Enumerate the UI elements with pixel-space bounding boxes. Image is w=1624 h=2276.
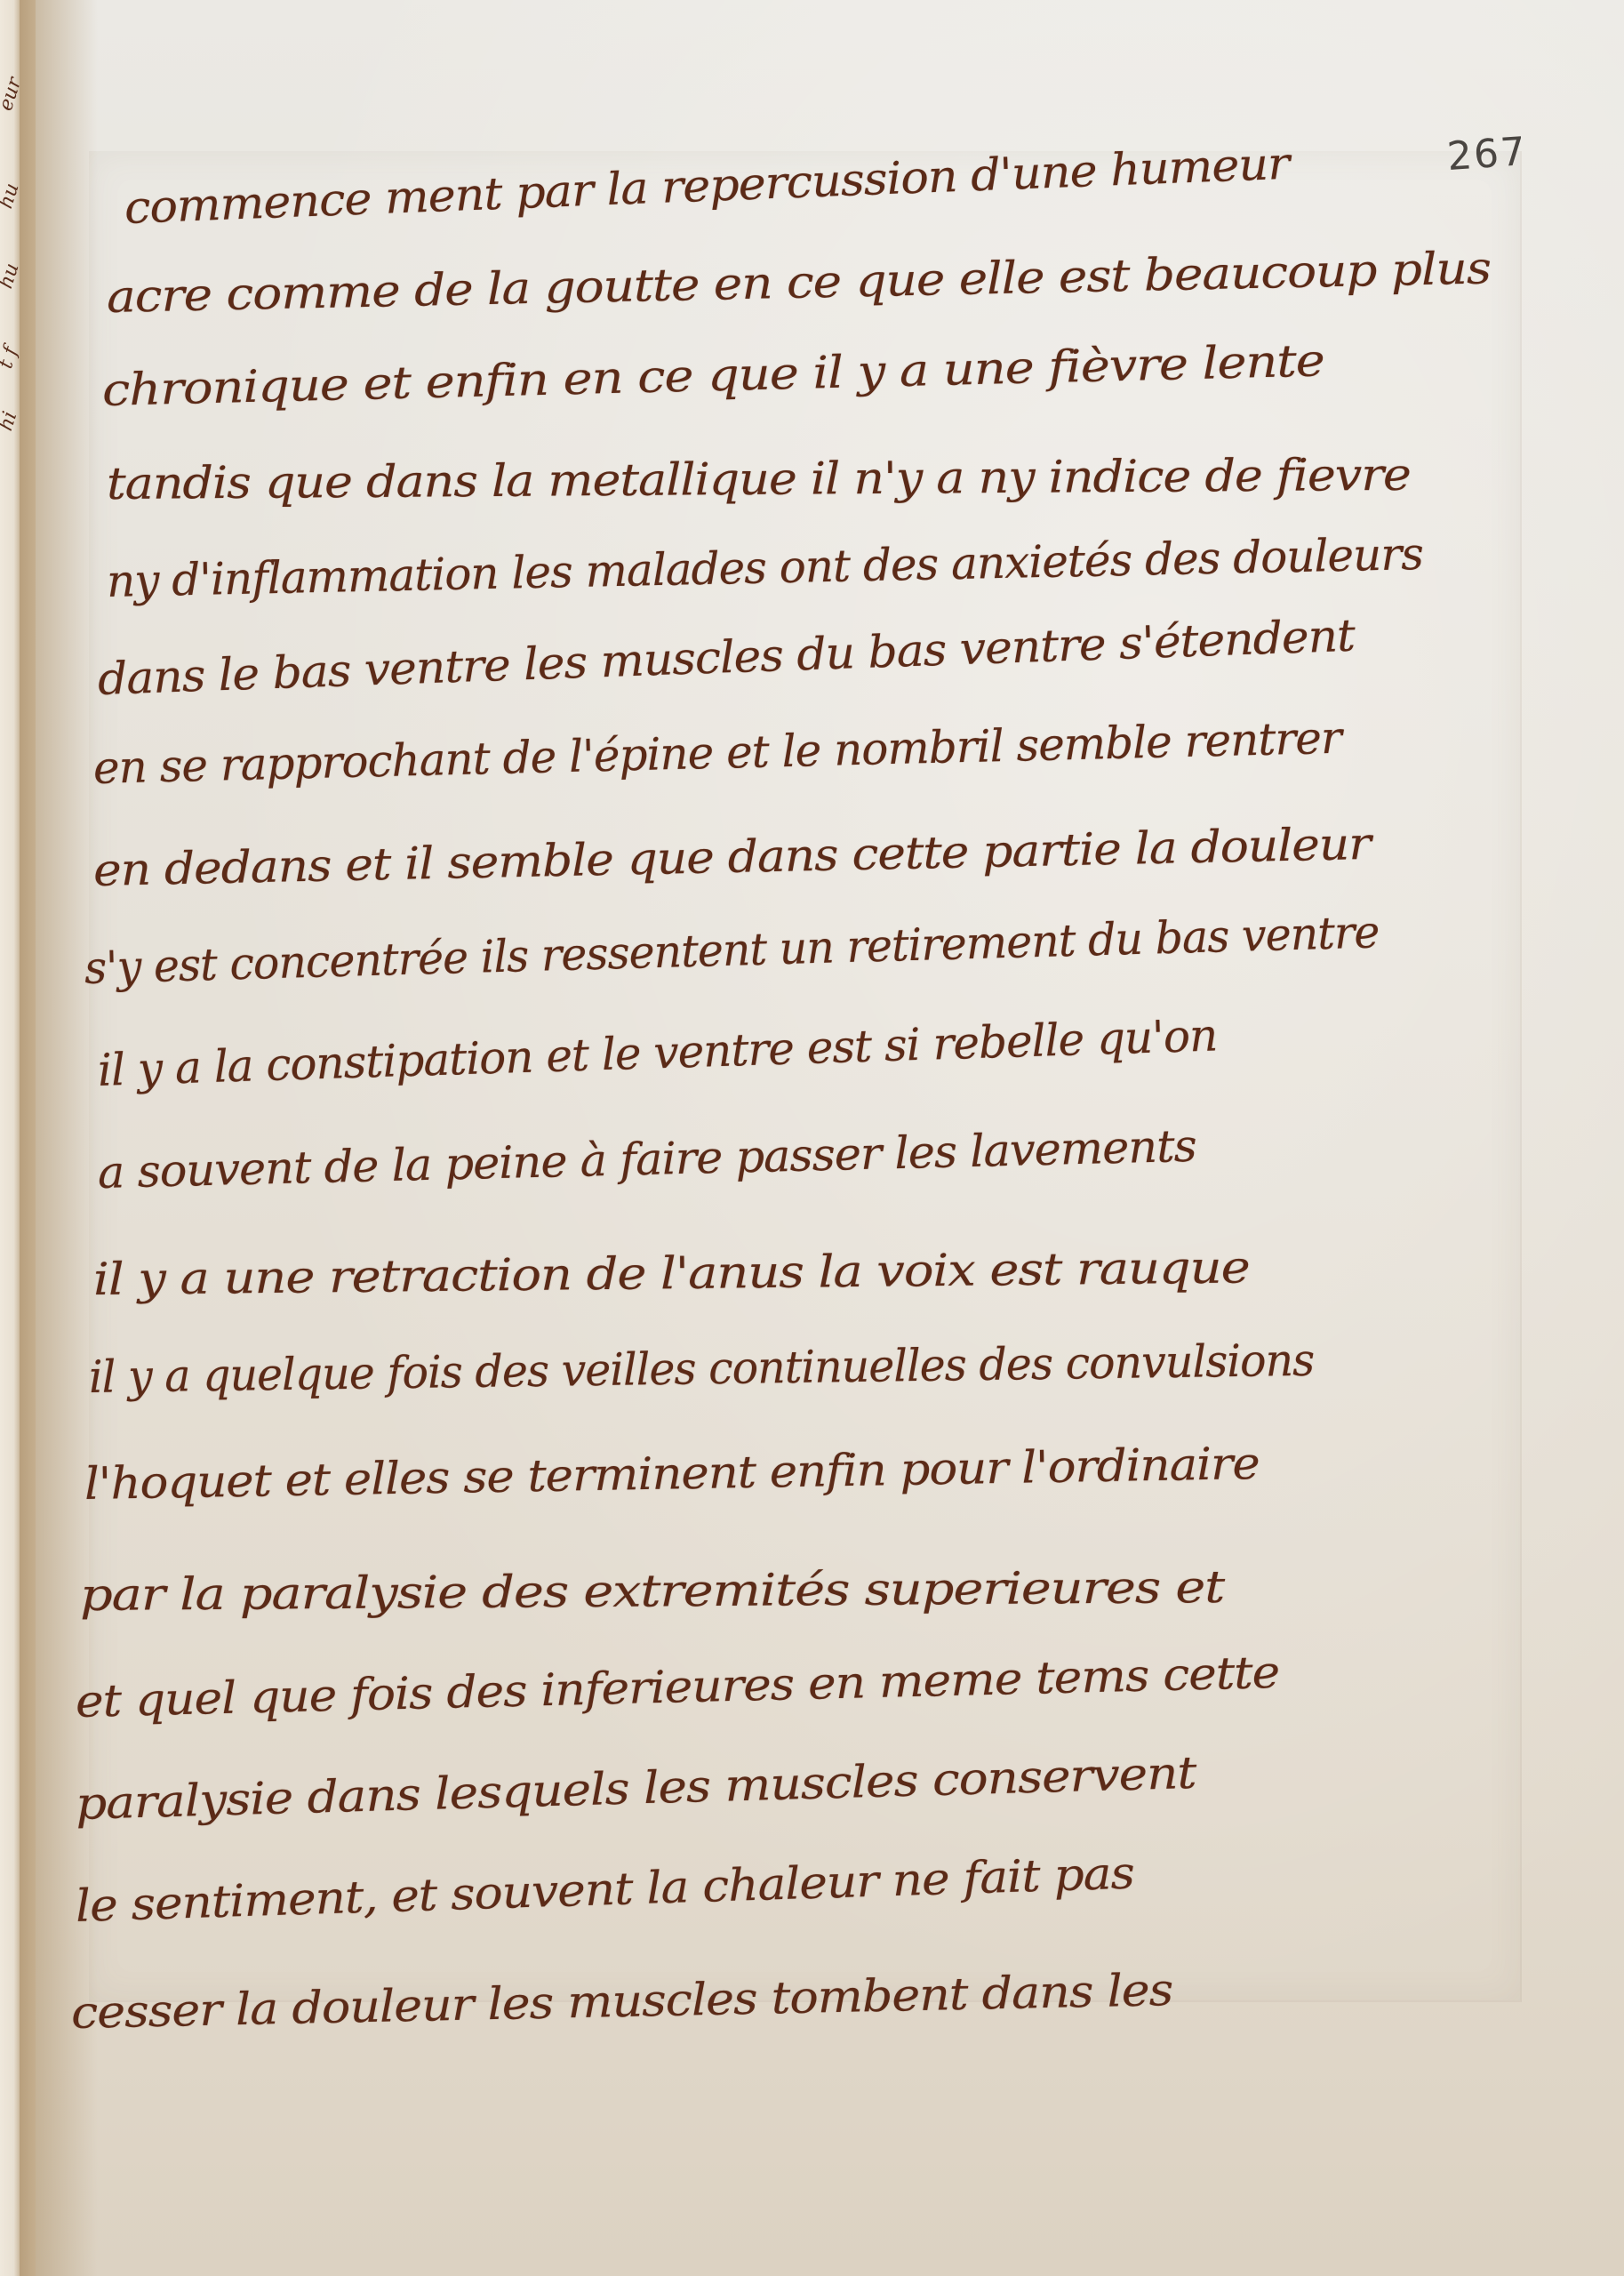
manuscript-line: par la paralysie des extremités superieu… (80, 1561, 1224, 1621)
facing-page-fragment: t f (0, 341, 20, 371)
facing-page-fragment: hi (0, 403, 20, 433)
manuscript-line: tandis que dans la metallique il n'y a n… (107, 449, 1411, 509)
facing-page-fragment: eur (0, 83, 20, 113)
folio-number: 267 (1445, 129, 1528, 180)
manuscript-page: 267 commence ment par la repercussion d'… (36, 0, 1624, 2276)
facing-page-edge: eur hu hu t f hi (0, 0, 20, 2276)
facing-page-fragment: hu (0, 260, 20, 291)
facing-page-fragment: hu (0, 180, 20, 211)
